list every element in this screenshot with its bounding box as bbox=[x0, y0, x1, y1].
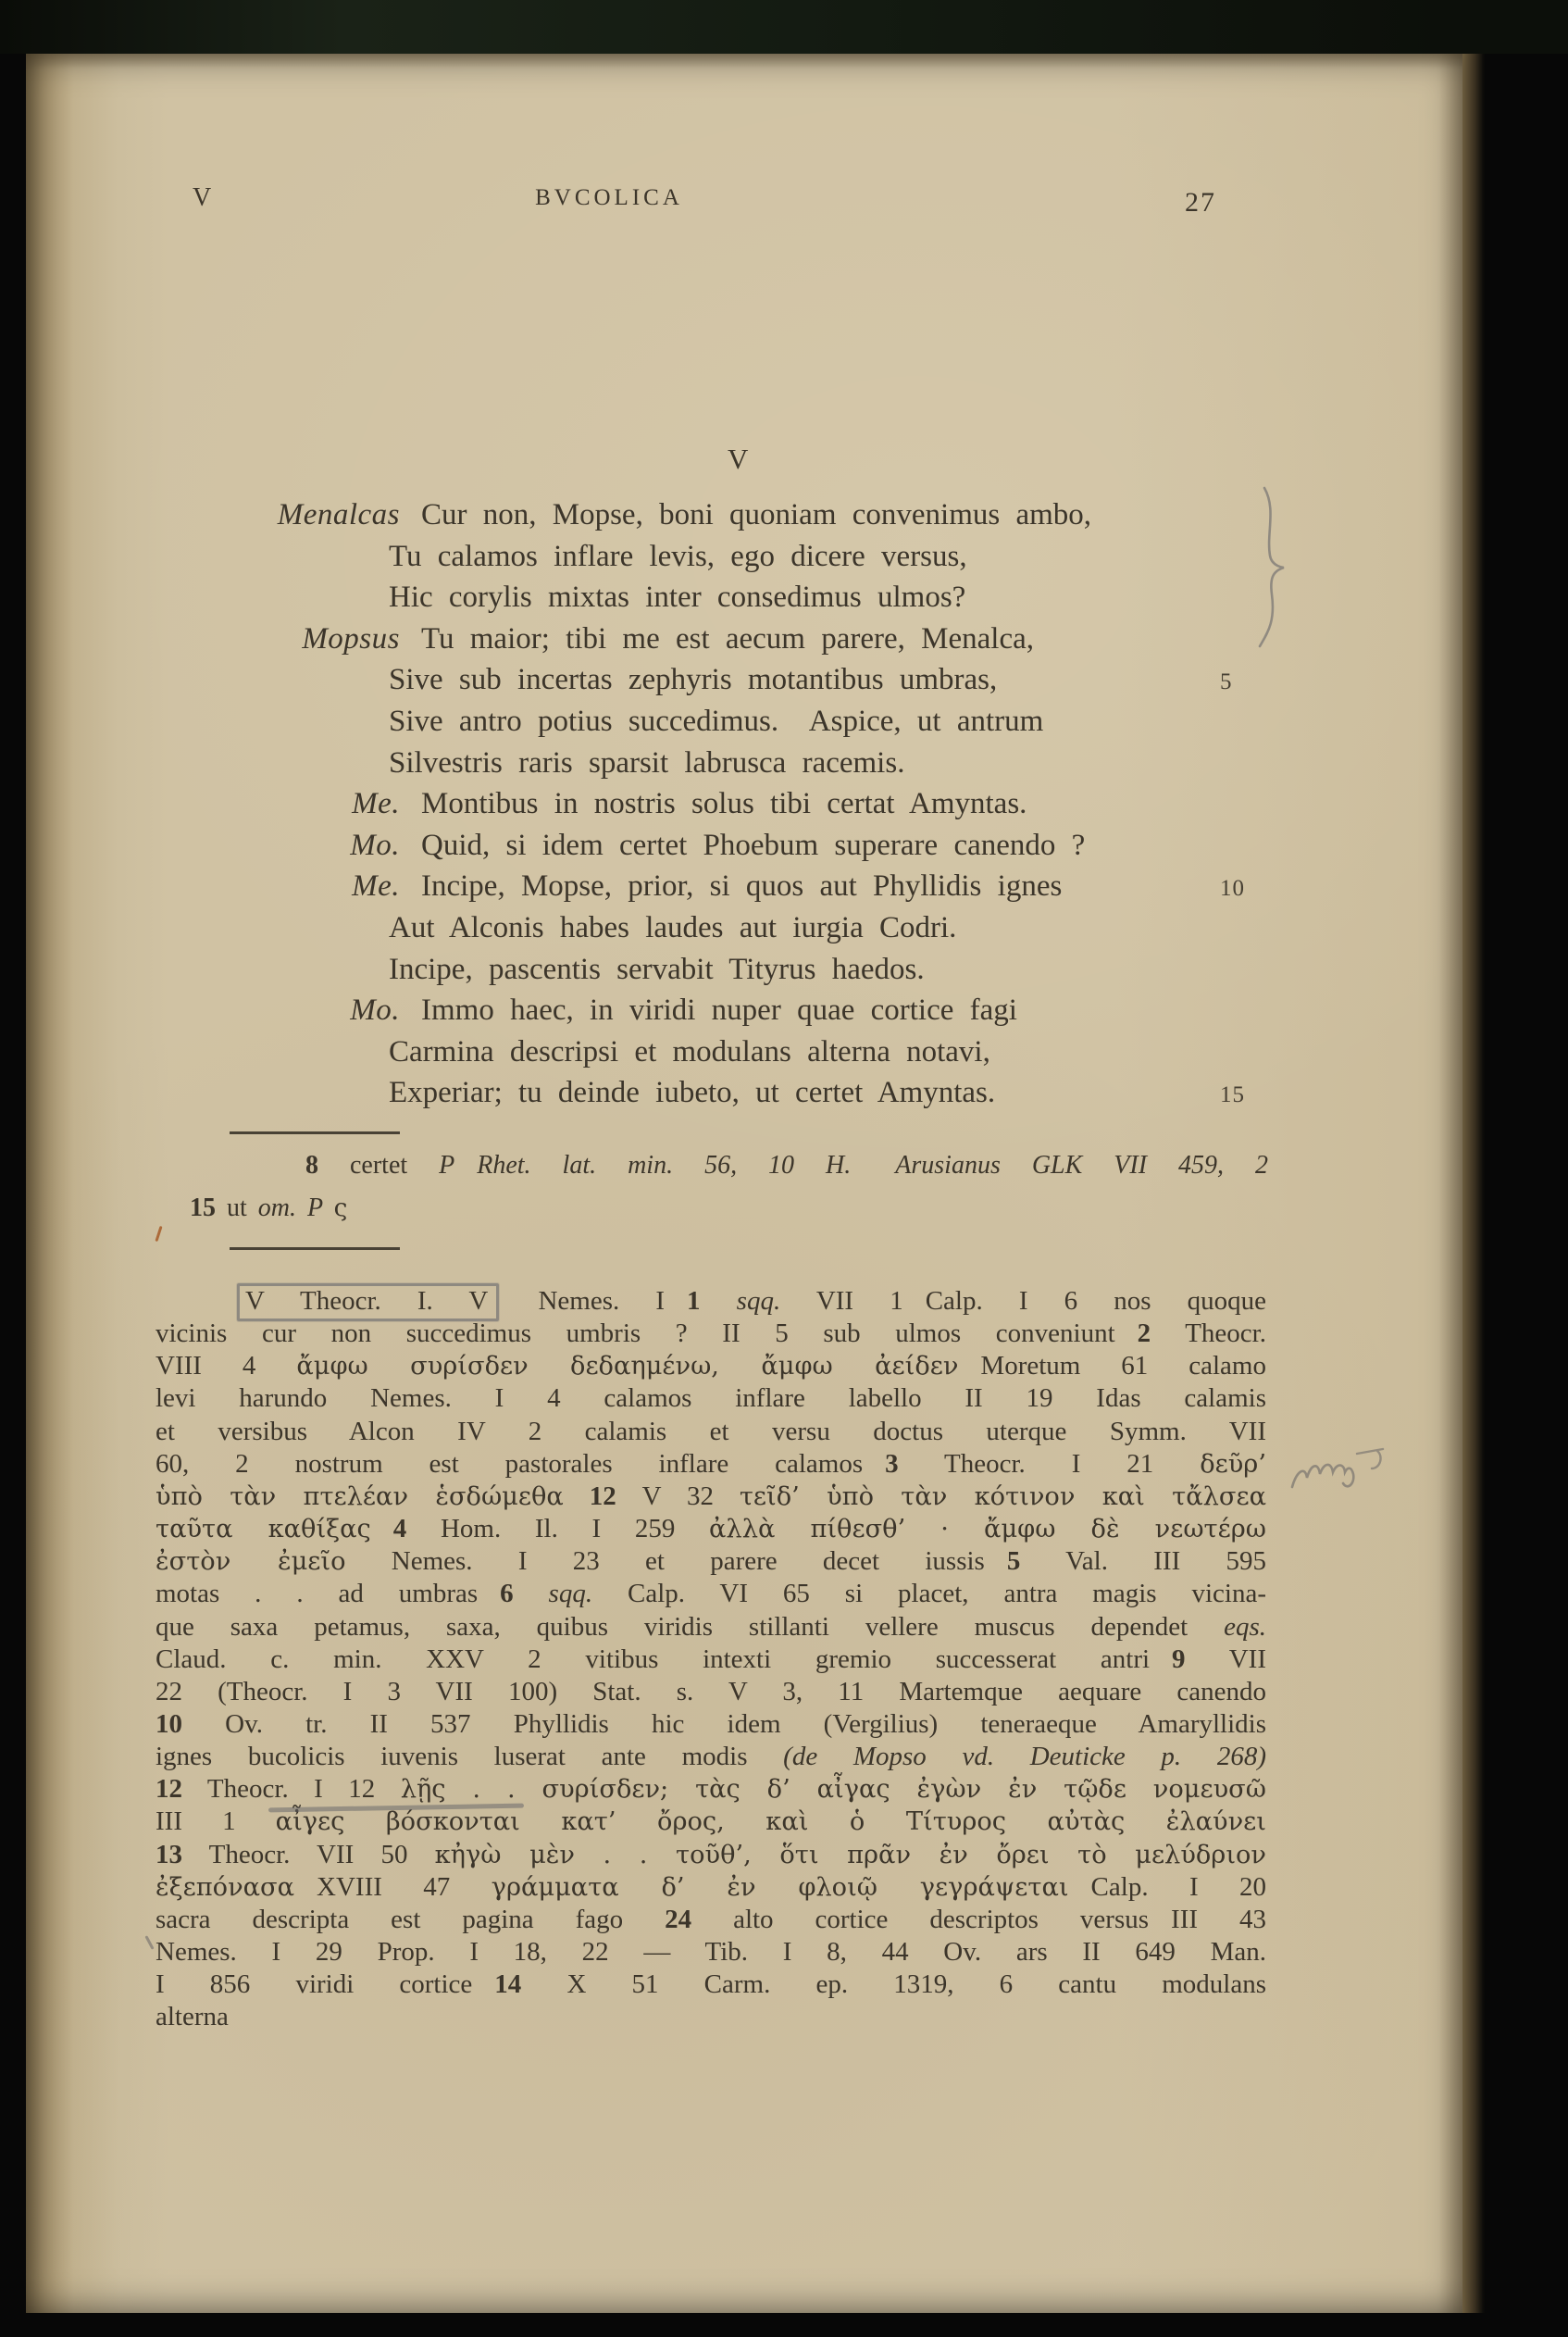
poem-line: Experiar; tu deinde iubeto, ut certet Am… bbox=[222, 1076, 1296, 1118]
text-segment: P bbox=[439, 1151, 454, 1180]
text-segment: alterna bbox=[156, 2002, 229, 2031]
handwritten-brace-annotation bbox=[1251, 485, 1296, 650]
commentary-line: 13 Theocr. VII 50 κἠγὼ μὲν . . τοῦθ’, ὅτ… bbox=[156, 1839, 1266, 1872]
text-segment: Theocr. VII 50 bbox=[182, 1840, 435, 1869]
commentary-line: ταῦτα καθίξας4 Hom. Il. I 259 ἀλλὰ πίθεσ… bbox=[156, 1513, 1266, 1546]
text-segment: que saxa petamus, saxa, quibus viridis s… bbox=[156, 1612, 1224, 1642]
commentary-line: Nemes. I 29 Prop. I 18, 22 — Tib. I 8, 4… bbox=[156, 1936, 1266, 1969]
poem-line: Sive antro potius succedimus. Aspice, ut… bbox=[222, 705, 1296, 746]
commentary-line: ὑπὸ τὰν πτελέαν ἑσδώμεθα 12 V 32 τεῖδ’ ὑ… bbox=[156, 1481, 1266, 1514]
commentary-line: ignes bucolicis iuvenis luserat ante mod… bbox=[156, 1741, 1266, 1774]
page-number: 27 bbox=[1185, 187, 1216, 219]
verse-text: Incipe, pascentis servabit Tityrus haedo… bbox=[389, 953, 925, 987]
speaker-label: Me. bbox=[222, 869, 400, 904]
text-segment: P bbox=[307, 1193, 334, 1222]
text-segment: X 51 Carm. ep. 1319, 6 cantu modulans bbox=[521, 1969, 1266, 1999]
commentary-line: 60, 2 nostrum est pastorales inflare cal… bbox=[156, 1448, 1266, 1481]
verse-text: Silvestris raris sparsit labrusca racemi… bbox=[389, 746, 904, 781]
text-segment: τεῖδ’ ὑπὸ τὰν κότινον καὶ τἄλσεα bbox=[740, 1482, 1266, 1511]
text-segment: XVIII 47 bbox=[317, 1872, 492, 1902]
text-segment: VII bbox=[1186, 1644, 1266, 1674]
text-segment: sqq. bbox=[737, 1286, 781, 1316]
verse-text: Quid, si idem certet Phoebum superare ca… bbox=[421, 829, 1085, 863]
text-segment: 60, 2 nostrum est pastorales inflare cal… bbox=[156, 1449, 863, 1479]
commentary-line: levi harundo Nemes. I 4 calamos inflare … bbox=[156, 1382, 1266, 1416]
text-segment: ὑπὸ τὰν πτελέαν ἑσδώμεθα bbox=[156, 1482, 564, 1511]
commentary-line: 10 Ov. tr. II 537 Phyllidis hic idem (Ve… bbox=[156, 1708, 1266, 1742]
text-segment: Nemes. I 29 Prop. I 18, 22 — Tib. I 8, 4… bbox=[156, 1937, 1266, 1967]
text-segment: 8 bbox=[305, 1151, 318, 1180]
verse-text: Carmina descripsi et modulans alterna no… bbox=[389, 1035, 990, 1069]
text-segment: et versibus Alcon IV 2 calamis et versu … bbox=[156, 1417, 1266, 1446]
text-segment: Val. III 595 bbox=[1020, 1546, 1266, 1576]
poem-line: MenalcasCur non, Mopse, boni quoniam con… bbox=[222, 498, 1296, 540]
poem-line: Mo.Quid, si idem certet Phoebum superare… bbox=[222, 829, 1296, 870]
verse-text: Montibus in nostris solus tibi certat Am… bbox=[421, 787, 1027, 821]
text-segment: ut bbox=[216, 1193, 258, 1222]
text-segment: δεῦρ’ bbox=[1200, 1450, 1266, 1479]
speaker-label: Mo. bbox=[222, 829, 400, 863]
text-segment: Moretum 61 calamo bbox=[980, 1351, 1266, 1381]
poem-line: Carmina descripsi et modulans alterna no… bbox=[222, 1035, 1296, 1077]
text-segment: ignes bucolicis iuvenis luserat ante mod… bbox=[156, 1742, 783, 1771]
text-segment: VII 1 bbox=[780, 1286, 902, 1316]
poem-line: Aut Alconis habes laudes aut iurgia Codr… bbox=[222, 911, 1296, 953]
commentary-line: 12 Theocr. I 12 λῇς . . συρίσδεν; τὰς δ’… bbox=[156, 1773, 1266, 1806]
text-segment: 12 bbox=[590, 1481, 616, 1511]
poem-line: Tu calamos inflare levis, ego dicere ver… bbox=[222, 540, 1296, 581]
text-segment: 5 bbox=[1007, 1546, 1021, 1576]
text-segment: 14 bbox=[494, 1969, 521, 1999]
text-segment: VIII 4 bbox=[156, 1351, 296, 1381]
text-segment: Hom. Il. I 259 bbox=[406, 1514, 709, 1543]
text-segment bbox=[514, 1579, 549, 1608]
text-segment: vicinis cur non succedimus umbris ? II 5… bbox=[156, 1318, 1115, 1348]
verse-text: Tu calamos inflare levis, ego dicere ver… bbox=[389, 540, 967, 574]
text-segment: Nemes. I bbox=[502, 1286, 665, 1316]
commentary-line: que saxa petamus, saxa, quibus viridis s… bbox=[156, 1611, 1266, 1644]
text-segment: λῇς . . συρίσδεν; τὰς δ’ αἶγας ἐγὼν ἐν τ… bbox=[401, 1775, 1266, 1804]
apparatus-line: 15 ut om. P ς bbox=[190, 1193, 1268, 1223]
poem-line: Me.Incipe, Mopse, prior, si quos aut Phy… bbox=[222, 869, 1296, 911]
book-page: V BVCOLICA 27 V MenalcasCur non, Mopse, … bbox=[26, 54, 1462, 2313]
running-header-section: V bbox=[193, 183, 212, 213]
text-segment: γράμματα δ’ ἐν φλοιῷ γεγράψεται bbox=[492, 1873, 1069, 1902]
text-segment: sacra descripta est pagina fago bbox=[156, 1905, 665, 1934]
page-edges bbox=[1462, 54, 1485, 2313]
text-segment: Calp. I 6 nos quoque bbox=[926, 1286, 1266, 1316]
verse-text: Immo haec, in viridi nuper quae cortice … bbox=[421, 994, 1017, 1028]
text-segment: Nemes. I 23 et parere decet iussis bbox=[346, 1546, 985, 1576]
text-segment: I 856 viridi cortice bbox=[156, 1969, 472, 1999]
text-segment: III 1 bbox=[156, 1806, 276, 1836]
text-segment: 24 bbox=[665, 1905, 691, 1934]
book-cover-edge bbox=[0, 0, 1568, 54]
verse-text: Tu maior; tibi me est aecum parere, Mena… bbox=[421, 622, 1034, 656]
poem-text-block: MenalcasCur non, Mopse, boni quoniam con… bbox=[222, 498, 1296, 1146]
speaker-label: Menalcas bbox=[222, 498, 400, 532]
text-segment: 1 bbox=[687, 1286, 701, 1316]
verse-text: Cur non, Mopse, boni quoniam convenimus … bbox=[421, 498, 1091, 532]
handwritten-marginal-scribble bbox=[1285, 1435, 1405, 1509]
commentary-line: alterna bbox=[156, 2001, 1266, 2034]
text-segment: Theocr. I 12 bbox=[182, 1774, 401, 1804]
text-segment: 13 bbox=[156, 1840, 182, 1869]
verse-text: Experiar; tu deinde iubeto, ut certet Am… bbox=[389, 1076, 995, 1110]
running-header-title: BVCOLICA bbox=[507, 185, 711, 211]
text-segment bbox=[564, 1481, 590, 1511]
text-segment: 4 bbox=[393, 1514, 407, 1543]
commentary-line: 22 (Theocr. I 3 VII 100) Stat. s. V 3, 1… bbox=[156, 1676, 1266, 1709]
commentary-line: ἐστὸν ἐμεῖο Nemes. I 23 et parere decet … bbox=[156, 1545, 1266, 1579]
text-segment bbox=[701, 1286, 737, 1316]
verse-number: 5 bbox=[1220, 669, 1233, 695]
poem-heading: V bbox=[728, 443, 748, 476]
text-segment: Theocr. bbox=[1151, 1318, 1266, 1348]
poem-line: Mo.Immo haec, in viridi nuper quae corti… bbox=[222, 994, 1296, 1035]
verse-text: Sive antro potius succedimus. Aspice, ut… bbox=[389, 705, 1043, 739]
verse-text: Sive sub incertas zephyris motantibus um… bbox=[389, 663, 997, 697]
commentary-line: vicinis cur non succedimus umbris ? II 5… bbox=[156, 1318, 1266, 1351]
text-segment: Ov. tr. II 537 Phyllidis hic idem (Vergi… bbox=[182, 1709, 1266, 1739]
text-segment: Claud. c. min. XXV 2 vitibus intexti gre… bbox=[156, 1644, 1150, 1674]
text-segment: 10 bbox=[156, 1709, 182, 1739]
text-segment: ἀλλὰ πίθεσθ’ · ἄμφω δὲ νεωτέρω bbox=[709, 1515, 1266, 1543]
apparatus-rule-top bbox=[230, 1131, 400, 1134]
text-segment: 6 bbox=[500, 1579, 514, 1608]
text-segment: 22 (Theocr. I 3 VII 100) Stat. s. V 3, 1… bbox=[156, 1677, 1266, 1706]
verse-text: Aut Alconis habes laudes aut iurgia Codr… bbox=[389, 911, 956, 945]
text-segment: om. bbox=[258, 1193, 296, 1222]
text-segment: αἶγες βόσκονται bbox=[276, 1807, 520, 1836]
poem-line: Incipe, pascentis servabit Tityrus haedo… bbox=[222, 953, 1296, 994]
text-segment: 3 bbox=[885, 1449, 899, 1479]
poem-line: Sive sub incertas zephyris motantibus um… bbox=[222, 663, 1296, 705]
text-segment: Calp. I 20 bbox=[1091, 1872, 1266, 1902]
text-segment: eqs. bbox=[1224, 1612, 1266, 1642]
speaker-label: Mopsus bbox=[222, 622, 400, 656]
commentary-line: ἐξεπόνασαXVIII 47 γράμματα δ’ ἐν φλοιῷ γ… bbox=[156, 1871, 1266, 1905]
text-segment: sqq. bbox=[549, 1579, 593, 1608]
commentary-line: et versibus Alcon IV 2 calamis et versu … bbox=[156, 1416, 1266, 1449]
text-segment: 2 bbox=[1138, 1318, 1151, 1348]
text-segment: κἠγὼ μὲν . . τοῦθ’, ὅτι πρᾶν ἐν ὄρει τὸ … bbox=[435, 1841, 1266, 1869]
speaker-label: Me. bbox=[222, 787, 400, 821]
commentary-line: III 1 αἶγες βόσκονται κατ’ ὄρος, καὶ ὁ Τ… bbox=[156, 1806, 1266, 1839]
commentary-line: I 856 viridi cortice14 X 51 Carm. ep. 13… bbox=[156, 1968, 1266, 2002]
commentary-line: motas . . ad umbras6 sqq. Calp. VI 65 si… bbox=[156, 1578, 1266, 1611]
text-segment: ς bbox=[334, 1194, 348, 1222]
text-segment: (de Mopso vd. Deuticke p. 268) bbox=[783, 1742, 1266, 1771]
text-segment: V Theocr. I. V bbox=[237, 1283, 499, 1321]
poem-line: Silvestris raris sparsit labrusca racemi… bbox=[222, 746, 1296, 788]
text-segment: Arusianus GLK VII 459, 2 bbox=[895, 1151, 1268, 1180]
text-segment: motas . . ad umbras bbox=[156, 1579, 478, 1608]
text-segment: 15 bbox=[190, 1193, 216, 1222]
text-segment: ἄμφω συρίσδεν δεδαημένω, ἄμφω ἀείδεν bbox=[296, 1352, 958, 1381]
apparatus-rule-bottom bbox=[230, 1247, 400, 1250]
apparatus-line: 8 certet PRhet. lat. min. 56, 10 H.Arusi… bbox=[190, 1151, 1268, 1181]
text-segment: Calp. VI 65 si placet, antra magis vicin… bbox=[592, 1579, 1266, 1608]
text-segment: levi harundo Nemes. I 4 calamos inflare … bbox=[156, 1383, 1266, 1413]
text-segment: 12 bbox=[156, 1774, 182, 1804]
commentary-line: Claud. c. min. XXV 2 vitibus intexti gre… bbox=[156, 1643, 1266, 1677]
poem-line: MopsusTu maior; tibi me est aecum parere… bbox=[222, 622, 1296, 664]
verse-number: 10 bbox=[1220, 876, 1245, 902]
verse-number: 15 bbox=[1220, 1082, 1245, 1108]
text-segment bbox=[296, 1193, 307, 1222]
text-segment: ἐξεπόνασα bbox=[156, 1873, 294, 1902]
speaker-label: Mo. bbox=[222, 994, 400, 1028]
text-segment: Rhet. lat. min. 56, 10 H. bbox=[477, 1151, 851, 1180]
text-segment: V 32 bbox=[616, 1481, 740, 1511]
poem-line: Hic corylis mixtas inter consedimus ulmo… bbox=[222, 581, 1296, 622]
text-segment: κατ’ ὄρος, καὶ ὁ Τίτυρος αὐτὰς ἐλαύνει bbox=[520, 1807, 1266, 1836]
text-segment: alto cortice descriptos versus bbox=[691, 1905, 1149, 1934]
book-photo: V BVCOLICA 27 V MenalcasCur non, Mopse, … bbox=[0, 0, 1568, 2337]
text-segment: 9 bbox=[1172, 1644, 1186, 1674]
commentary-line: V Theocr. I. V Nemes. I1 sqq. VII 1Calp.… bbox=[156, 1285, 1266, 1318]
verse-text: Incipe, Mopse, prior, si quos aut Phylli… bbox=[421, 869, 1062, 904]
text-segment: ταῦτα καθίξας bbox=[156, 1515, 371, 1543]
text-segment: Theocr. I 21 bbox=[899, 1449, 1201, 1479]
poem-line: Me.Montibus in nostris solus tibi certat… bbox=[222, 787, 1296, 829]
text-segment: III 43 bbox=[1171, 1905, 1266, 1934]
orange-margin-mark bbox=[155, 1226, 162, 1242]
text-segment: ἐστὸν ἐμεῖο bbox=[156, 1547, 346, 1576]
pencil-margin-tick bbox=[144, 1935, 154, 1950]
commentary-line: VIII 4 ἄμφω συρίσδεν δεδαημένω, ἄμφω ἀεί… bbox=[156, 1350, 1266, 1383]
text-segment: certet bbox=[318, 1151, 439, 1180]
verse-text: Hic corylis mixtas inter consedimus ulmo… bbox=[389, 581, 965, 615]
commentary-line: sacra descripta est pagina fago 24 alto … bbox=[156, 1904, 1266, 1937]
